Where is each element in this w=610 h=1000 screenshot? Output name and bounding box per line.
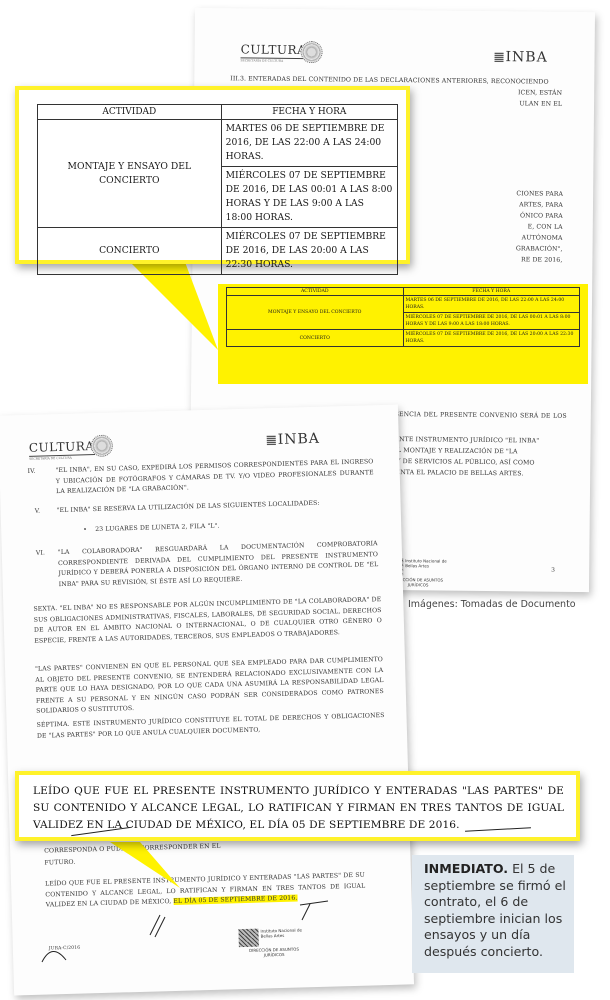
document-page-final: CULTURA SECRETARÍA DE CULTURA INBA IV. "… [0,405,414,996]
col-header-activity: ACTIVIDAD [227,288,404,296]
clause-v: "EL INBA" SE RESERVA LA UTILIZACIÓN DE L… [57,497,375,516]
col-header-date: FECHA Y HORA [403,288,580,296]
image-credit: Imágenes: Tomadas de Documento [408,599,576,610]
column-fragment: E, CON LA [505,222,563,233]
closing-statement: LEÍDO QUE FUE EL PRESENTE INSTRUMENTO JU… [33,783,564,834]
closing-statement-callout: LEÍDO QUE FUE EL PRESENTE INSTRUMENTO JU… [15,771,580,841]
footer-code: JURA-C/2016 [49,943,109,955]
clause-vi: "LA COLABORADORA" RESGUARDARÁ LA DOCUMEN… [58,539,379,590]
column-fragment: GRABACIÓN", [504,244,562,255]
inba-logo: INBA [267,431,321,448]
highlighted-schedule-table: ACTIVIDAD FECHA Y HORA MONTAJE Y ENSAYO … [218,284,588,384]
date-cell: MARTES 06 DE SEPTIEMBRE DE 2016, DE LAS … [403,296,580,313]
sexta-clause: SEXTA. "EL INBA" NO ES RESPONSABLE POR A… [33,595,382,647]
date-cell: MIÉRCOLES 07 DE SEPTIEMBRE DE 2016, DE L… [221,167,397,228]
schedule-table-callout: ACTIVIDAD FECHA Y HORA MONTAJE Y ENSAYO … [15,86,410,264]
clause-number: V. [35,506,53,517]
date-cell: MIÉRCOLES 07 DE SEPTIEMBRE DE 2016, DE L… [403,313,580,330]
column-fragment: ARTES, PARA [505,200,563,211]
date-cell: MIÉRCOLES 07 DE SEPTIEMBRE DE 2016, DE L… [221,228,397,275]
col-header-activity: ACTIVIDAD [38,105,222,120]
corresponda-text: CORRESPONDA O PUDIERA CORRESPONDER EN EL [44,838,344,857]
activity-cell: CONCIERTO [227,330,404,347]
inba-stamp: Instituto Nacional de Bellas Artes DIREC… [238,927,309,969]
cultura-logo: CULTURA SECRETARÍA DE CULTURA [29,439,95,461]
closing-paragraph: LEÍDO QUE FUE EL PRESENTE INSTRUMENTO JU… [45,871,366,911]
activity-cell: MONTAJE Y ENSAYO DEL CONCIERTO [38,120,222,228]
clause-iv: "EL INBA", EN SU CASO, EXPEDIRÁ LOS PERM… [55,457,374,497]
intro-fragment-2: ULAN EN EL [512,99,562,110]
lower-fragment: JE CUENTA EL PALACIO DE BELLAS ARTES. [376,468,561,480]
column-fragment: ÓNICO PARA [505,211,563,222]
intro-fragment-1: ICEN, ESTÁN [512,88,562,99]
col-header-date: FECHA Y HORA [221,105,397,120]
date-cell: MIÉRCOLES 07 DE SEPTIEMBRE DE 2016, DE L… [403,330,580,347]
column-fragment: RE DE 2016, [504,255,562,266]
clause-seats: 23 LUGARES DE LUNETA 2, FILA "L". [95,518,345,535]
futuro-text: FUTURO. [44,856,144,869]
activity-cell: MONTAJE Y ENSAYO DEL CONCIERTO [227,296,404,330]
clause-number: IV. [27,466,45,477]
partes-clause: "LAS PARTES" CONVIENEN EN QUE EL PERSONA… [35,655,384,717]
date-cell: MARTES 06 DE SEPTIEMBRE DE 2016, DE LAS … [221,120,397,167]
bullet: • [83,525,93,536]
stamp-emblem-icon [238,929,258,948]
activity-cell: CONCIERTO [38,228,222,275]
column-fragment: AUTÓNOMA [505,233,563,244]
mexico-seal-icon [300,41,322,63]
side-note-lead: INMEDIATO. [424,861,508,876]
mexico-seal-icon [91,435,114,458]
page-number: 3 [551,567,555,574]
signing-date-highlight: EL DÍA 05 DE SEPTIEMBRE DE 2016. [173,895,297,905]
column-fragment: CIONES PARA [505,189,563,200]
side-note: INMEDIATO. El 5 de septiembre se firmó e… [412,855,574,973]
inba-logo: INBA [494,49,547,66]
cultura-logo: CULTURA SECRETARÍA DE CULTURA [240,42,306,63]
clause-number: VI. [36,548,54,559]
